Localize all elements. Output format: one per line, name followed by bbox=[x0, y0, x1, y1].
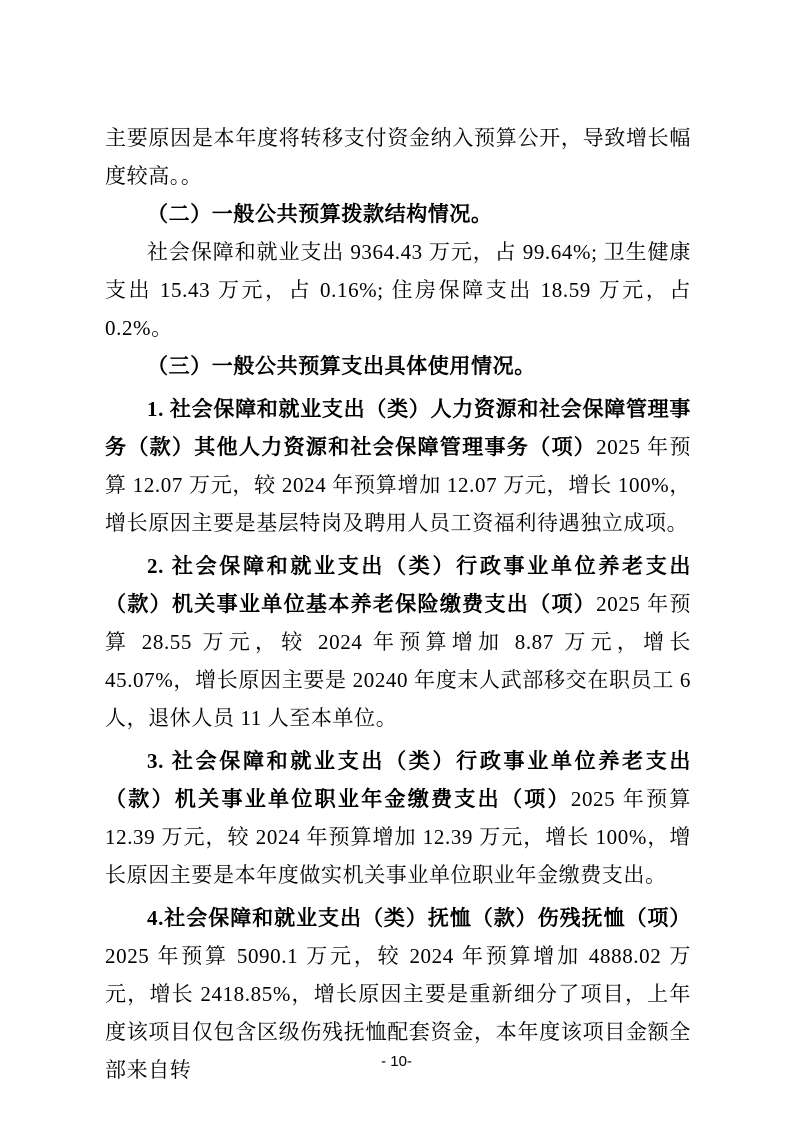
paragraph-text: 主要原因是本年度将转移支付资金纳入预算公开，导致增长幅度较高。。 bbox=[105, 126, 691, 188]
heading-text: （二）一般公共预算拨款结构情况。 bbox=[147, 202, 493, 226]
paragraph-continued: 主要原因是本年度将转移支付资金纳入预算公开，导致增长幅度较高。。 bbox=[105, 119, 691, 195]
document-page: 主要原因是本年度将转移支付资金纳入预算公开，导致增长幅度较高。。 （二）一般公共… bbox=[0, 0, 793, 1122]
heading-text: （三）一般公共预算支出具体使用情况。 bbox=[147, 354, 536, 378]
item-title-text: 4.社会保障和就业支出（类）抚恤（款）伤残抚恤（项） bbox=[147, 906, 691, 930]
page-content: 主要原因是本年度将转移支付资金纳入预算公开，导致增长幅度较高。。 （二）一般公共… bbox=[105, 119, 691, 1089]
numbered-item-2: 2. 社会保障和就业支出（类）行政事业单位养老支出（款）机关事业单位基本养老保险… bbox=[105, 547, 691, 737]
numbered-item-1: 1. 社会保障和就业支出（类）人力资源和社会保障管理事务（款）其他人力资源和社会… bbox=[105, 390, 691, 542]
paragraph-text: 社会保障和就业支出 9364.43 万元，占 99.64%; 卫生健康支出 15… bbox=[105, 240, 691, 340]
paragraph-structure: 社会保障和就业支出 9364.43 万元，占 99.64%; 卫生健康支出 15… bbox=[105, 233, 691, 347]
section-heading-3: （三）一般公共预算支出具体使用情况。 bbox=[105, 347, 691, 385]
footer-page-number: - 10- bbox=[0, 1052, 793, 1072]
numbered-item-3: 3. 社会保障和就业支出（类）行政事业单位养老支出（款）机关事业单位职业年金缴费… bbox=[105, 742, 691, 894]
section-heading-2: （二）一般公共预算拨款结构情况。 bbox=[105, 195, 691, 233]
